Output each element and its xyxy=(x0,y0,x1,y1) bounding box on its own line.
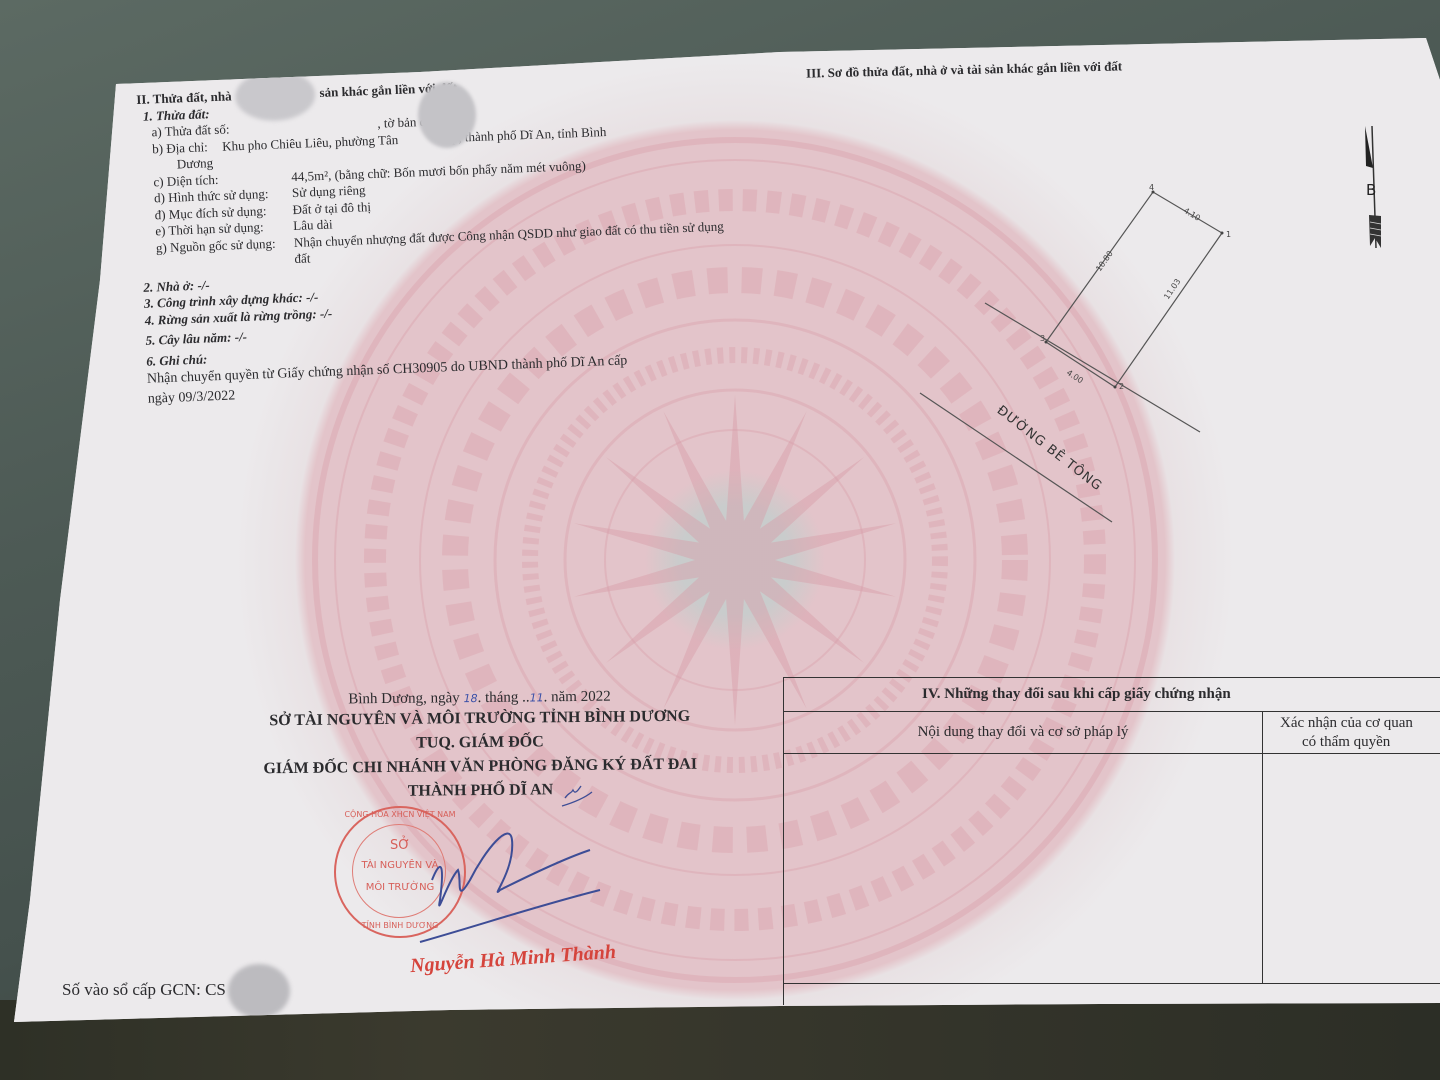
changes-table: IV. Những thay đổi sau khi cấp giấy chứn… xyxy=(783,677,1440,1005)
changes-table-title: IV. Những thay đổi sau khi cấp giấy chứn… xyxy=(784,678,1440,712)
registry-number: Số vào sổ cấp GCN: CS xyxy=(62,980,290,1000)
north-label: B xyxy=(1366,181,1376,199)
changes-table-body xyxy=(784,754,1440,984)
signature-block: Bình Dương, ngày 18. tháng ..11. năm 202… xyxy=(224,687,735,805)
authority-confirmation-cell xyxy=(1263,754,1440,983)
change-content-cell xyxy=(784,754,1263,983)
redaction-blur xyxy=(228,964,290,1018)
col-authority-confirmation: Xác nhận của cơ quan có thẩm quyền xyxy=(1263,712,1440,753)
changes-table-header: Nội dung thay đổi và cơ sở pháp lý Xác n… xyxy=(784,712,1440,754)
col-change-content: Nội dung thay đổi và cơ sở pháp lý xyxy=(784,712,1263,753)
official-seal-icon: CỘNG HÒA XHCN VIỆT NAM SỞ TÀI NGUYÊN VÀ … xyxy=(334,806,466,938)
certificate-paper: II. Thửa đất, nhàsản khác gắn liền với đ… xyxy=(0,0,1440,1080)
